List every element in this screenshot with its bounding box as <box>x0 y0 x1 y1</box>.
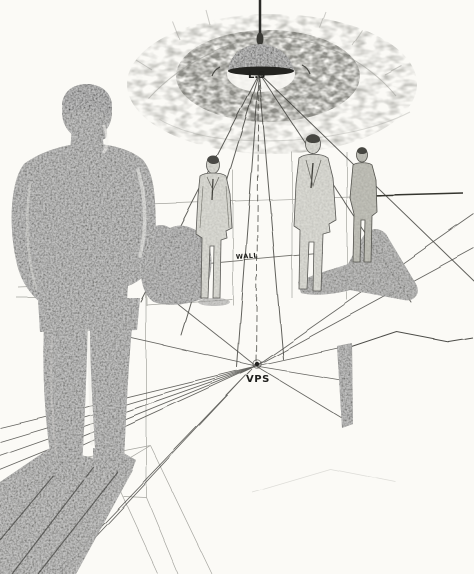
foot-shadow <box>198 298 230 306</box>
wall-label: WALL <box>236 251 259 261</box>
vps-dot <box>255 362 259 366</box>
observer-left-leg <box>43 328 88 466</box>
lamp-socket <box>257 33 264 46</box>
vps-label: VPS <box>246 374 270 385</box>
sketch-canvas: L.S WALL VPS <box>0 0 474 574</box>
observer-hips <box>38 298 140 332</box>
light-source-label: L.S <box>248 70 265 81</box>
pencil-perspective-sketch: L.S WALL VPS <box>0 0 474 574</box>
